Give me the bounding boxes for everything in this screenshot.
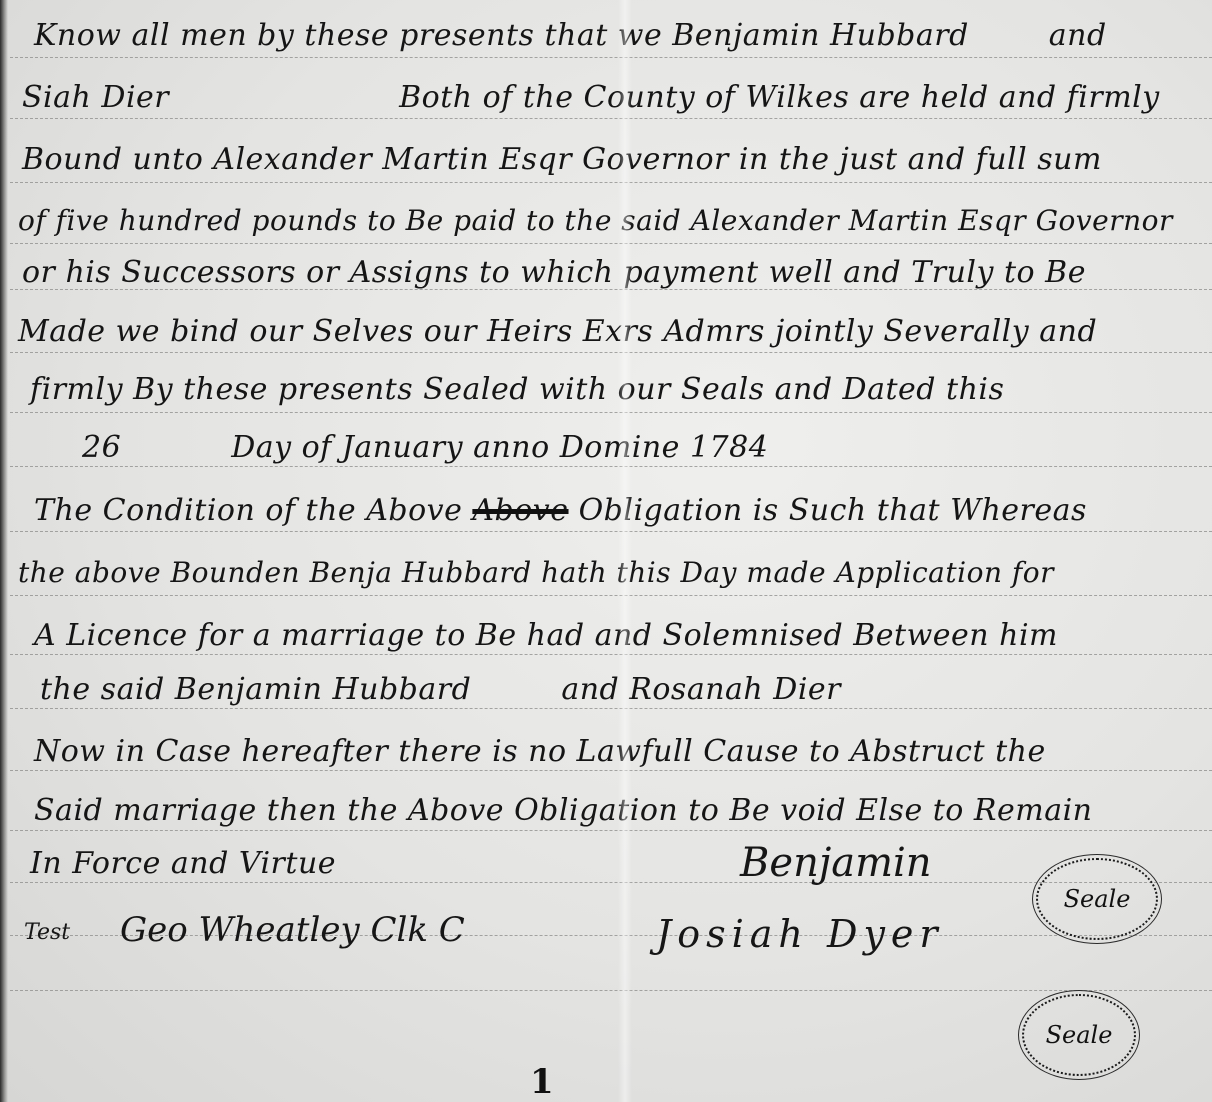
line-text: and xyxy=(1049,18,1107,53)
ruled-line xyxy=(10,708,1212,709)
text-line-11: A Licence for a marriage to Be had and S… xyxy=(34,618,1058,653)
line-text: Said marriage then the Above Obligation … xyxy=(34,793,1093,828)
ruled-line xyxy=(10,118,1212,119)
seal-label: Seale xyxy=(1064,885,1131,913)
line-text: Made we bind our Selves our Heirs Exrs A… xyxy=(18,314,1097,349)
ruled-line xyxy=(10,182,1212,183)
ruled-line xyxy=(10,654,1212,655)
ruled-line xyxy=(10,352,1212,353)
text-line-13: Now in Case hereafter there is no Lawful… xyxy=(34,734,1046,769)
line-text: Day of January anno Domine 1784 xyxy=(231,430,768,465)
text-line-7: firmly By these presents Sealed with our… xyxy=(30,372,1004,407)
day-number: 26 xyxy=(82,430,121,465)
ruled-line xyxy=(10,595,1212,596)
text-line-10: the above Bounden Benja Hubbard hath thi… xyxy=(18,556,1054,589)
ruled-line xyxy=(10,830,1212,831)
line-text: Both of the County of Wilkes are held an… xyxy=(399,80,1160,115)
line-text: The Condition of the Above xyxy=(34,493,462,528)
line-text: or his Successors or Assigns to which pa… xyxy=(22,255,1086,290)
text-line-5: or his Successors or Assigns to which pa… xyxy=(22,255,1086,290)
line-text: and Rosanah Dier xyxy=(561,672,841,707)
ruled-line xyxy=(10,466,1212,467)
line-text: Siah Dier xyxy=(22,80,169,115)
line-text: the said Benjamin Hubbard xyxy=(40,672,471,707)
text-line-9: The Condition of the Above Above Obligat… xyxy=(34,493,1087,528)
ruled-line xyxy=(10,412,1212,413)
text-line-14: Said marriage then the Above Obligation … xyxy=(34,793,1093,828)
line-text: Know all men by these presents that we B… xyxy=(34,18,969,53)
text-line-12: the said Benjamin Hubbardand Rosanah Die… xyxy=(40,672,841,707)
wax-seal-icon: Seale xyxy=(1022,994,1136,1076)
signature-josiah-dyer: Josiah Dyer xyxy=(656,912,944,956)
wax-seal-icon: Seale xyxy=(1036,858,1158,940)
line-text: A Licence for a marriage to Be had and S… xyxy=(34,618,1058,653)
text-line-3: Bound unto Alexander Martin Esqr Governo… xyxy=(22,142,1102,177)
struck-out-word: Above xyxy=(472,493,568,528)
ruled-line xyxy=(10,770,1212,771)
text-line-6: Made we bind our Selves our Heirs Exrs A… xyxy=(18,314,1097,349)
line-text: Obligation is Such that Whereas xyxy=(579,493,1087,528)
line-text: Bound unto Alexander Martin Esqr Governo… xyxy=(22,142,1102,177)
manuscript-page: Know all men by these presents that we B… xyxy=(0,0,1212,1102)
page-number-mark: 1 xyxy=(530,1062,554,1102)
ruled-line xyxy=(10,243,1212,244)
line-text: of five hundred pounds to Be paid to the… xyxy=(18,204,1173,237)
seal-label: Seale xyxy=(1046,1021,1113,1049)
ruled-line xyxy=(10,990,1212,991)
text-line-8-date: 26Day of January anno Domine 1784 xyxy=(82,430,768,465)
line-text: In Force and Virtue xyxy=(30,846,336,881)
text-line-2: Siah DierBoth of the County of Wilkes ar… xyxy=(22,80,1160,115)
line-text: firmly By these presents Sealed with our… xyxy=(30,372,1004,407)
ruled-line xyxy=(10,57,1212,58)
text-line-15: In Force and Virtue xyxy=(30,846,336,881)
line-text: Now in Case hereafter there is no Lawful… xyxy=(34,734,1046,769)
text-line-1: Know all men by these presents that we B… xyxy=(34,18,1107,53)
ruled-line xyxy=(10,882,1212,883)
signature-benjamin: Benjamin xyxy=(740,840,932,886)
witness-signature-clerk: Geo Wheatley Clk C xyxy=(120,910,465,950)
text-line-4: of five hundred pounds to Be paid to the… xyxy=(18,204,1173,237)
ruled-line xyxy=(10,531,1212,532)
line-text: the above Bounden Benja Hubbard hath thi… xyxy=(18,556,1054,589)
witness-prefix: Test xyxy=(24,920,70,945)
